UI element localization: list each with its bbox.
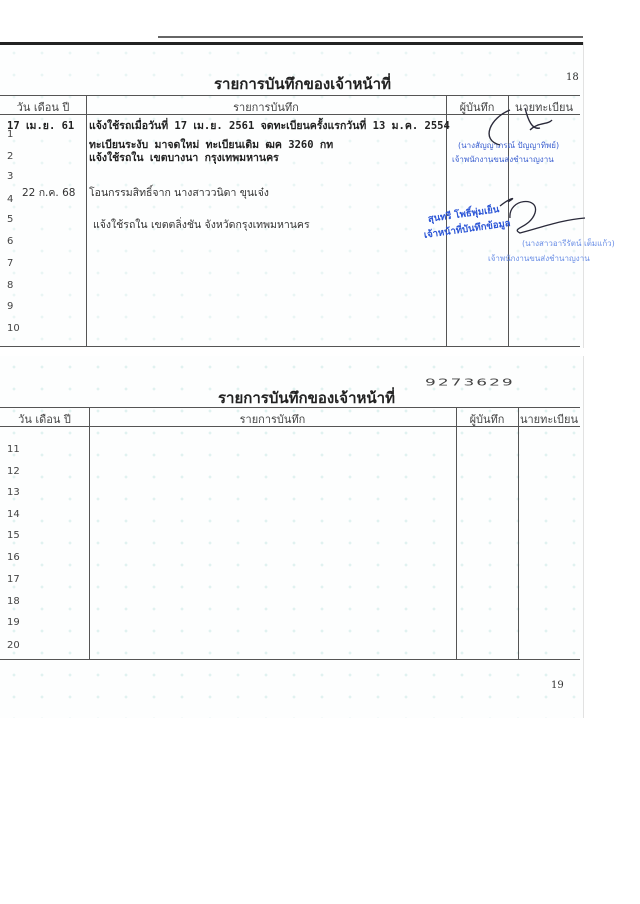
- col-divider-entry: [456, 407, 457, 659]
- row-number: 12: [7, 466, 20, 477]
- page-edge-shadow: [158, 36, 583, 38]
- row-number: 11: [7, 444, 20, 455]
- entry-line: แจ้งใช้รถใน เขตตลิ่งชัน จังหวัดกรุงเทพมห…: [93, 216, 310, 233]
- table-header-top-rule: [0, 407, 580, 408]
- row-number: 3: [7, 171, 13, 182]
- row-number: 5: [7, 214, 13, 225]
- page-top-border: [0, 42, 583, 45]
- table-bottom-rule: [0, 346, 580, 347]
- recorder-signature-icon: [480, 188, 590, 248]
- table-header-top-rule: [0, 95, 580, 96]
- page-number: 19: [551, 680, 564, 691]
- table-bottom-rule: [0, 659, 580, 660]
- row-number: 20: [7, 640, 20, 651]
- header-recorder: ผู้บันทึก: [456, 410, 518, 428]
- row-number: 8: [7, 280, 13, 291]
- row-number: 19: [7, 617, 20, 628]
- entry-line: แจ้งใช้รถเมื่อวันที่ 17 เม.ย. 2561 จดทะเ…: [89, 117, 450, 134]
- header-entry: รายการบันทึก: [89, 410, 456, 428]
- header-registrar: นายทะเบียน: [518, 410, 580, 428]
- col-divider-date: [89, 407, 90, 659]
- row-number: 17: [7, 574, 20, 585]
- row-number: 16: [7, 552, 20, 563]
- row-number: 18: [7, 596, 20, 607]
- page-number: 18: [566, 72, 579, 83]
- serial-number: 9273629: [425, 377, 515, 388]
- entry-date: 17 เม.ย. 61: [7, 117, 74, 134]
- row-number: 15: [7, 530, 20, 541]
- row-number: 7: [7, 258, 13, 269]
- header-date: วัน เดือน ปี: [0, 98, 86, 116]
- entry-line: แจ้งใช้รถใน เขตบางนา กรุงเทพมหานคร: [89, 149, 279, 166]
- entry-line: โอนกรรมสิทธิ์จาก นางสาววนิดา ขุนเจ๋ง: [89, 184, 269, 201]
- header-date: วัน เดือน ปี: [0, 410, 89, 428]
- col-divider-date: [86, 95, 87, 346]
- header-entry: รายการบันทึก: [86, 98, 446, 116]
- row-number: 13: [7, 487, 20, 498]
- registrar2-stamp-title: เจ้าพนักงานขนส่งชำนาญงาน: [488, 252, 590, 265]
- row-number: 10: [7, 323, 20, 334]
- row-number: 9: [7, 301, 13, 312]
- row-number: 6: [7, 236, 13, 247]
- entry-date: 22 ก.ค. 68: [22, 184, 75, 201]
- row-number: 4: [7, 194, 13, 205]
- row-number: 2: [7, 151, 13, 162]
- row-number: 14: [7, 509, 20, 520]
- page-title: รายการบันทึกของเจ้าหน้าที่: [214, 72, 391, 96]
- col-divider-recorder: [518, 407, 519, 659]
- registrar-signature-icon: [470, 100, 560, 150]
- registrar-stamp-title: เจ้าพนักงานขนส่งชำนาญงาน: [452, 153, 554, 166]
